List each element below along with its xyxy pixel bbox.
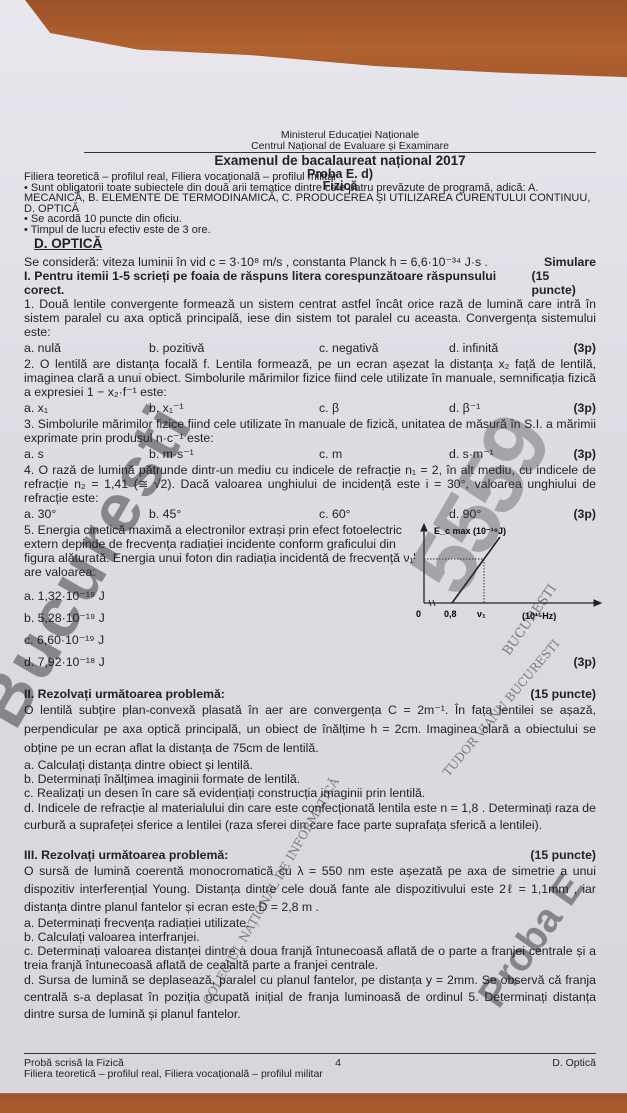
question-4-text: 4. O rază de lumină pătrunde dintr-un me… <box>24 463 596 505</box>
option-d: d. infinită <box>449 341 559 355</box>
part3-title: III. Rezolvați următoarea problemă: <box>24 848 228 862</box>
footer-filiera: Filiera teoretică – profilul real, Filie… <box>24 1069 596 1080</box>
question-3: 3. Simbolurile mărimilor fizice fiind ce… <box>24 417 596 461</box>
part3-statement: O sursă de lumină coerentă monocromatică… <box>24 862 596 916</box>
points: (3p) <box>573 507 596 521</box>
part3-item-b: b. Calculați valoarea interfranjei. <box>24 930 596 944</box>
question-1-text: 1. Două lentile convergente formează un … <box>24 297 596 339</box>
part2: II. Rezolvați următoarea problemă: (15 p… <box>24 687 596 834</box>
option-b: b. m·s⁻¹ <box>149 447 319 461</box>
option-d: d. 90° <box>449 507 559 521</box>
graph-x-tick-nu1: ν₁ <box>477 609 486 619</box>
question-1-options: a. nulă b. pozitivă c. negativă d. infin… <box>24 341 596 355</box>
part2-item-b: b. Determinați înălțimea imaginii format… <box>24 772 596 786</box>
center-name: Centrul Național de Evaluare și Examinar… <box>104 141 596 152</box>
option-c: c. negativă <box>319 341 449 355</box>
part3-item-d: d. Sursa de lumină se deplasează, parale… <box>24 972 596 1023</box>
part2-points: (15 puncte) <box>530 687 596 701</box>
part1-header: I. Pentru itemii 1-5 scrieți pe foaia de… <box>24 269 596 297</box>
points: (3p) <box>573 447 596 461</box>
question-2: 2. O lentilă are distanța focală f. Lent… <box>24 357 596 415</box>
photoelectric-graph: E_c max (10⁻¹⁹J) (10¹⁵Hz) 0 1,32 0,8 ν₁ <box>414 521 604 621</box>
question-1: 1. Două lentile convergente formează un … <box>24 297 596 355</box>
question-5-text: 5. Energia cinetică maximă a electronilo… <box>24 523 419 579</box>
filiera-line: Filiera teoretică – profilul real, Filie… <box>24 172 596 183</box>
option-c: c. β <box>319 401 449 415</box>
option-b: b. 45° <box>149 507 319 521</box>
part1-points: (15 puncte) <box>531 269 596 297</box>
option-c: c. 6,60·10⁻¹⁹ J <box>24 629 596 651</box>
part2-item-a: a. Calculați distanța dintre obiect și l… <box>24 758 596 772</box>
footer-right: D. Optică <box>552 1058 596 1069</box>
option-a: a. s <box>24 447 149 461</box>
part3: III. Rezolvați următoarea problemă: (15 … <box>24 848 596 1023</box>
question-3-options: a. s b. m·s⁻¹ c. m d. s·m⁻¹ (3p) <box>24 447 596 461</box>
constants-row: Se consideră: viteza luminii în vid c = … <box>24 255 596 269</box>
part3-points: (15 puncte) <box>530 848 596 862</box>
rule-note-3: • Timpul de lucru efectiv este de 3 ore. <box>24 225 596 236</box>
option-c: c. 60° <box>319 507 449 521</box>
points: (3p) <box>573 401 596 415</box>
option-d: d. s·m⁻¹ <box>449 447 559 461</box>
page-footer: Probă scrisă la Fizică 4 D. Optică Filie… <box>24 1053 596 1080</box>
section-title: D. OPTICĂ <box>34 237 596 251</box>
simulare-label: Simulare <box>544 255 596 269</box>
desk-background-bottom <box>0 1100 627 1113</box>
option-b: b. x₁⁻¹ <box>149 401 319 415</box>
graph-x-label: (10¹⁵Hz) <box>522 611 556 621</box>
option-b: b. pozitivă <box>149 341 319 355</box>
question-2-options: a. x₁ b. x₁⁻¹ c. β d. β⁻¹ (3p) <box>24 401 596 415</box>
option-d: d. 7,92·10⁻¹⁸ J <box>24 651 105 673</box>
option-a: a. nulă <box>24 341 149 355</box>
part2-item-d: d. Indicele de refracție al materialului… <box>24 800 596 834</box>
part1-title: I. Pentru itemii 1-5 scrieți pe foaia de… <box>24 269 531 297</box>
option-d: d. β⁻¹ <box>449 401 559 415</box>
constants-text: Se consideră: viteza luminii în vid c = … <box>24 255 488 269</box>
points: (3p) <box>573 651 596 673</box>
part2-statement: O lentilă subțire plan-convexă plasată î… <box>24 701 596 758</box>
graph-y-label: E_c max (10⁻¹⁹J) <box>434 526 506 536</box>
points: (3p) <box>573 341 596 355</box>
graph-x-tick: 0,8 <box>444 609 457 619</box>
graph-y-tick: 1,32 <box>414 551 416 561</box>
question-4-options: a. 30° b. 45° c. 60° d. 90° (3p) <box>24 507 596 521</box>
question-4: 4. O rază de lumină pătrunde dintr-un me… <box>24 463 596 521</box>
part2-item-c: c. Realizați un desen în care să evidenț… <box>24 786 596 800</box>
part3-item-a: a. Determinați frecvența radiației utili… <box>24 916 596 930</box>
option-c: c. m <box>319 447 449 461</box>
part3-item-c: c. Determinați valoarea distanței dintre… <box>24 944 596 972</box>
question-2-text: 2. O lentilă are distanța focală f. Lent… <box>24 357 596 399</box>
option-a: a. 30° <box>24 507 149 521</box>
question-3-text: 3. Simbolurile mărimilor fizice fiind ce… <box>24 417 596 445</box>
rule-note-1: • Sunt obligatorii toate subiectele din … <box>24 183 596 215</box>
option-a: a. x₁ <box>24 401 149 415</box>
exam-title: Examenul de bacalaureat național 2017 <box>84 152 596 168</box>
rule-note-2: • Se acordă 10 puncte din oficiu. <box>24 214 596 225</box>
part2-title: II. Rezolvați următoarea problemă: <box>24 687 225 701</box>
graph-origin: 0 <box>416 609 421 619</box>
page-number: 4 <box>335 1058 341 1069</box>
